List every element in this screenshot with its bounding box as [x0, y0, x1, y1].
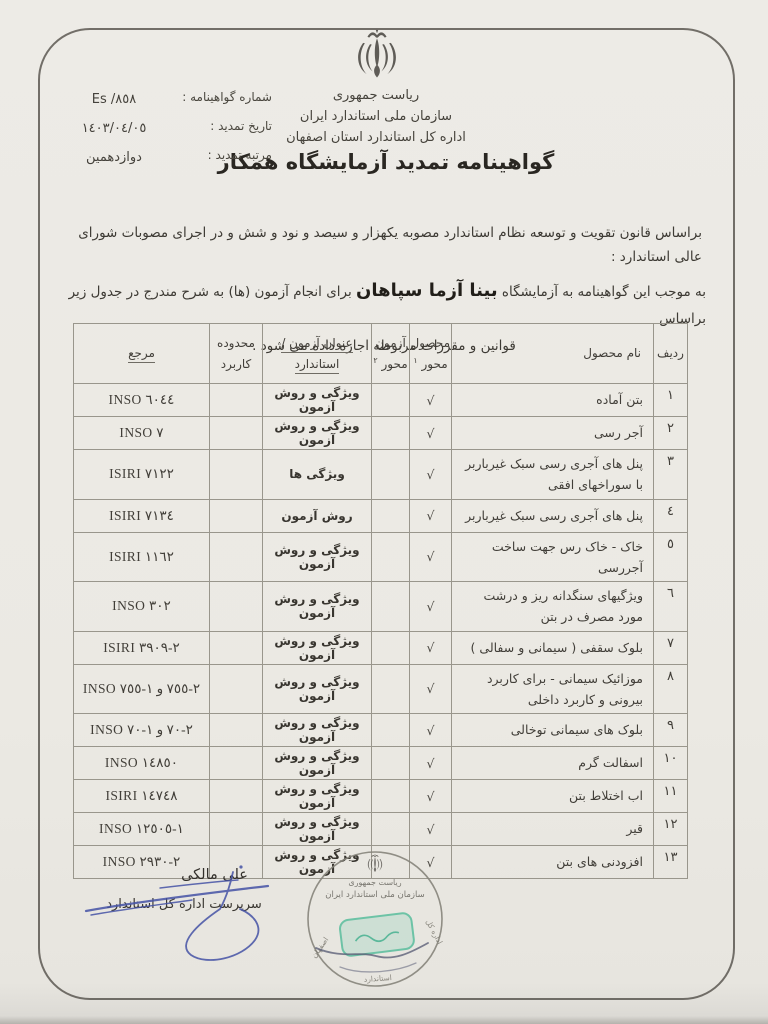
renewal-date-value: ١٤٠٣/٠٤/٠٥ — [58, 119, 170, 136]
certificate-meta: Es /٨٥٨ شماره گواهینامه : ١٤٠٣/٠٤/٠٥ تار… — [58, 90, 272, 177]
renewal-rank-label: مرتبه تمدید : — [170, 148, 272, 162]
product-axis-check: √ — [410, 631, 452, 664]
table-row: ١١اب اختلاط بتن√ویژگی و روش آزمونISIRI ١… — [74, 780, 688, 813]
header-test-axis-footnote: ٢ — [373, 356, 377, 365]
meta-row-renewal-rank: دوازدهمین مرتبه تمدید : — [58, 148, 272, 165]
row-number: ٤ — [654, 499, 688, 532]
test-title-cell: ویژگی ها — [263, 450, 372, 500]
product-axis-check: √ — [410, 747, 452, 780]
authorized-tests-table: ردیف نام محصول محصول محور ١ آزمون محور ٢… — [73, 323, 688, 879]
scope-cell — [210, 714, 263, 747]
row-number: ٧ — [654, 631, 688, 664]
header-product-axis-word: محور — [421, 357, 447, 371]
product-name-cell: پنل های آجری رسی سبک غیرباربر با سوراخها… — [452, 450, 654, 500]
test-axis-cell — [372, 532, 410, 582]
meta-row-certificate-number: Es /٨٥٨ شماره گواهینامه : — [58, 90, 272, 107]
reference-cell: INSO ٧ — [74, 417, 210, 450]
row-number: ٢ — [654, 417, 688, 450]
test-title-cell: ویژگی و روش آزمون — [263, 747, 372, 780]
header-test-title-text: عنوان آزمون /استاندارد — [281, 336, 352, 373]
scope-cell — [210, 532, 263, 582]
product-name-cell: پنل های آجری رسی سبک غیرباربر — [452, 499, 654, 532]
product-name-cell: اب اختلاط بتن — [452, 780, 654, 813]
table-row: ٩بلوک های سیمانی توخالی√ویژگی و روش آزمو… — [74, 714, 688, 747]
product-axis-check: √ — [410, 532, 452, 582]
header-reference: مرجع — [74, 324, 210, 384]
scope-cell — [210, 631, 263, 664]
test-axis-cell — [372, 417, 410, 450]
table-row: ١بتن آماده√ویژگی و روش آزمونINSO ٦٠٤٤ — [74, 384, 688, 417]
test-title-cell: ویژگی و روش آزمون — [263, 384, 372, 417]
header-row-number: ردیف — [654, 324, 688, 384]
table-row: ٣پنل های آجری رسی سبک غیرباربر با سوراخه… — [74, 450, 688, 500]
product-axis-check: √ — [410, 780, 452, 813]
reference-cell: INSO ٦٠٤٤ — [74, 384, 210, 417]
product-axis-check: √ — [410, 450, 452, 500]
product-axis-check: √ — [410, 384, 452, 417]
header-scope: محدوده کاربرد — [210, 324, 263, 384]
renewal-date-label: تاریخ تمدید : — [170, 119, 272, 133]
iran-emblem-icon — [351, 27, 403, 83]
reference-cell: INSO ١٤٨٥٠ — [74, 747, 210, 780]
scope-cell — [210, 499, 263, 532]
header-test-axis-word: محور — [381, 357, 407, 371]
product-name-cell: اسفالت گرم — [452, 747, 654, 780]
header-test-axis: آزمون محور ٢ — [372, 324, 410, 384]
reference-cell: ISIRI ٣٩٠٩-٢ — [74, 631, 210, 664]
test-axis-cell — [372, 846, 410, 879]
product-name-cell: ویژگیهای سنگدانه ریز و درشت مورد مصرف در… — [452, 582, 654, 632]
product-axis-check: √ — [410, 664, 452, 714]
test-title-cell: ویژگی و روش آزمون — [263, 631, 372, 664]
signer-name: علی مالکی — [157, 867, 272, 883]
table-header-row: ردیف نام محصول محصول محور ١ آزمون محور ٢… — [74, 324, 688, 384]
test-axis-cell — [372, 450, 410, 500]
test-axis-cell — [372, 631, 410, 664]
product-axis-check: √ — [410, 714, 452, 747]
header-test-axis-line2: محور ٢ — [373, 354, 408, 374]
row-number: ٥ — [654, 532, 688, 582]
product-name-cell: خاک - خاک رس جهت ساخت آجررسی — [452, 532, 654, 582]
header-product-axis-footnote: ١ — [413, 356, 417, 365]
scope-cell — [210, 582, 263, 632]
table-row: ٤پنل های آجری رسی سبک غیرباربر√روش آزمون… — [74, 499, 688, 532]
header-test-title: عنوان آزمون /استاندارد — [263, 324, 372, 384]
reference-cell: ISIRI ٧١٢٢ — [74, 450, 210, 500]
scope-cell — [210, 417, 263, 450]
product-name-cell: بلوک سقفی ( سیمانی و سفالی ) — [452, 631, 654, 664]
scope-cell — [210, 384, 263, 417]
product-name-cell: قیر — [452, 813, 654, 846]
table-row: ١٠اسفالت گرم√ویژگی و روش آزمونINSO ١٤٨٥٠ — [74, 747, 688, 780]
laboratory-name: بینا آزما سپاهان — [356, 280, 498, 301]
row-number: ٣ — [654, 450, 688, 500]
header-product-axis-line1: محصول — [411, 333, 450, 353]
test-axis-cell — [372, 582, 410, 632]
table-row: ١٢قیر√ویژگی و روش آزمونINSO ١٢٥٠٥-١ — [74, 813, 688, 846]
reference-cell: INSO ٧٠-١ و ٧٠-٢ — [74, 714, 210, 747]
scope-cell — [210, 747, 263, 780]
product-axis-check: √ — [410, 499, 452, 532]
test-title-cell: ویژگی و روش آزمون — [263, 417, 372, 450]
row-number: ٦ — [654, 582, 688, 632]
row-number: ١٢ — [654, 813, 688, 846]
test-title-cell: ویژگی و روش آزمون — [263, 780, 372, 813]
header-test-axis-line1: آزمون — [373, 333, 408, 353]
test-axis-cell — [372, 499, 410, 532]
certificate-page: ریاست جمهوری سازمان ملی استاندارد ایران … — [0, 0, 768, 1024]
row-number: ١ — [654, 384, 688, 417]
test-title-cell: ویژگی و روش آزمون — [263, 532, 372, 582]
reference-cell: INSO ٧٥٥-١ و ٧٥٥-٢ — [74, 664, 210, 714]
certificate-number-label: شماره گواهینامه : — [170, 90, 272, 104]
signer-title: سرپرست اداره کل استاندارد — [88, 897, 280, 912]
test-title-cell: ویژگی و روش آزمون — [263, 846, 372, 879]
product-axis-check: √ — [410, 813, 452, 846]
header-scope-line2: کاربرد — [211, 354, 261, 374]
scope-cell — [210, 450, 263, 500]
scope-cell — [210, 664, 263, 714]
row-number: ١٠ — [654, 747, 688, 780]
product-name-cell: بلوک های سیمانی توخالی — [452, 714, 654, 747]
test-title-cell: روش آزمون — [263, 499, 372, 532]
body-line-legal-basis: براساس قانون تقویت و توسعه نظام استاندار… — [62, 221, 706, 270]
grant-prefix: به موجب این گواهینامه به آزمایشگاه — [498, 284, 706, 300]
row-number: ١١ — [654, 780, 688, 813]
reference-cell: ISIRI ١٤٧٤٨ — [74, 780, 210, 813]
row-number: ٩ — [654, 714, 688, 747]
header-scope-line1: محدوده — [211, 333, 261, 353]
product-name-cell: بتن آماده — [452, 384, 654, 417]
table-row: ٦ویژگیهای سنگدانه ریز و درشت مورد مصرف د… — [74, 582, 688, 632]
header-reference-text: مرجع — [128, 346, 155, 363]
table-row: ٢آجر رسی√ویژگی و روش آزمونINSO ٧ — [74, 417, 688, 450]
test-axis-cell — [372, 384, 410, 417]
test-axis-cell — [372, 780, 410, 813]
test-title-cell: ویژگی و روش آزمون — [263, 813, 372, 846]
test-axis-cell — [372, 664, 410, 714]
product-axis-check: √ — [410, 417, 452, 450]
reference-cell: INSO ١٢٥٠٥-١ — [74, 813, 210, 846]
product-name-cell: موزائیک سیمانی - برای کاربرد بیرونی و کا… — [452, 664, 654, 714]
renewal-rank-value: دوازدهمین — [58, 148, 170, 165]
reference-cell: INSO ٣٠٢ — [74, 582, 210, 632]
product-name-cell: آجر رسی — [452, 417, 654, 450]
scope-cell — [210, 813, 263, 846]
header-product-axis-line2: محور ١ — [411, 354, 450, 374]
row-number: ٨ — [654, 664, 688, 714]
reference-cell: ISIRI ٧١٣٤ — [74, 499, 210, 532]
product-axis-check: √ — [410, 582, 452, 632]
table-row: ٧بلوک سقفی ( سیمانی و سفالی )√ویژگی و رو… — [74, 631, 688, 664]
test-title-cell: ویژگی و روش آزمون — [263, 664, 372, 714]
meta-row-renewal-date: ١٤٠٣/٠٤/٠٥ تاریخ تمدید : — [58, 119, 272, 136]
test-title-cell: ویژگی و روش آزمون — [263, 714, 372, 747]
reference-cell: ISIRI ١١٦٢ — [74, 532, 210, 582]
product-axis-check: √ — [410, 846, 452, 879]
test-axis-cell — [372, 714, 410, 747]
table-row: ٥خاک - خاک رس جهت ساخت آجررسی√ویژگی و رو… — [74, 532, 688, 582]
test-axis-cell — [372, 747, 410, 780]
product-name-cell: افزودنی های بتن — [452, 846, 654, 879]
scope-cell — [210, 780, 263, 813]
test-axis-cell — [372, 813, 410, 846]
test-title-cell: ویژگی و روش آزمون — [263, 582, 372, 632]
scan-bottom-edge — [0, 1016, 768, 1024]
certificate-number-value: Es /٨٥٨ — [58, 90, 170, 107]
header-product-name: نام محصول — [452, 324, 654, 384]
header-product-axis: محصول محور ١ — [410, 324, 452, 384]
table-row: ٨موزائیک سیمانی - برای کاربرد بیرونی و ک… — [74, 664, 688, 714]
row-number: ١٣ — [654, 846, 688, 879]
